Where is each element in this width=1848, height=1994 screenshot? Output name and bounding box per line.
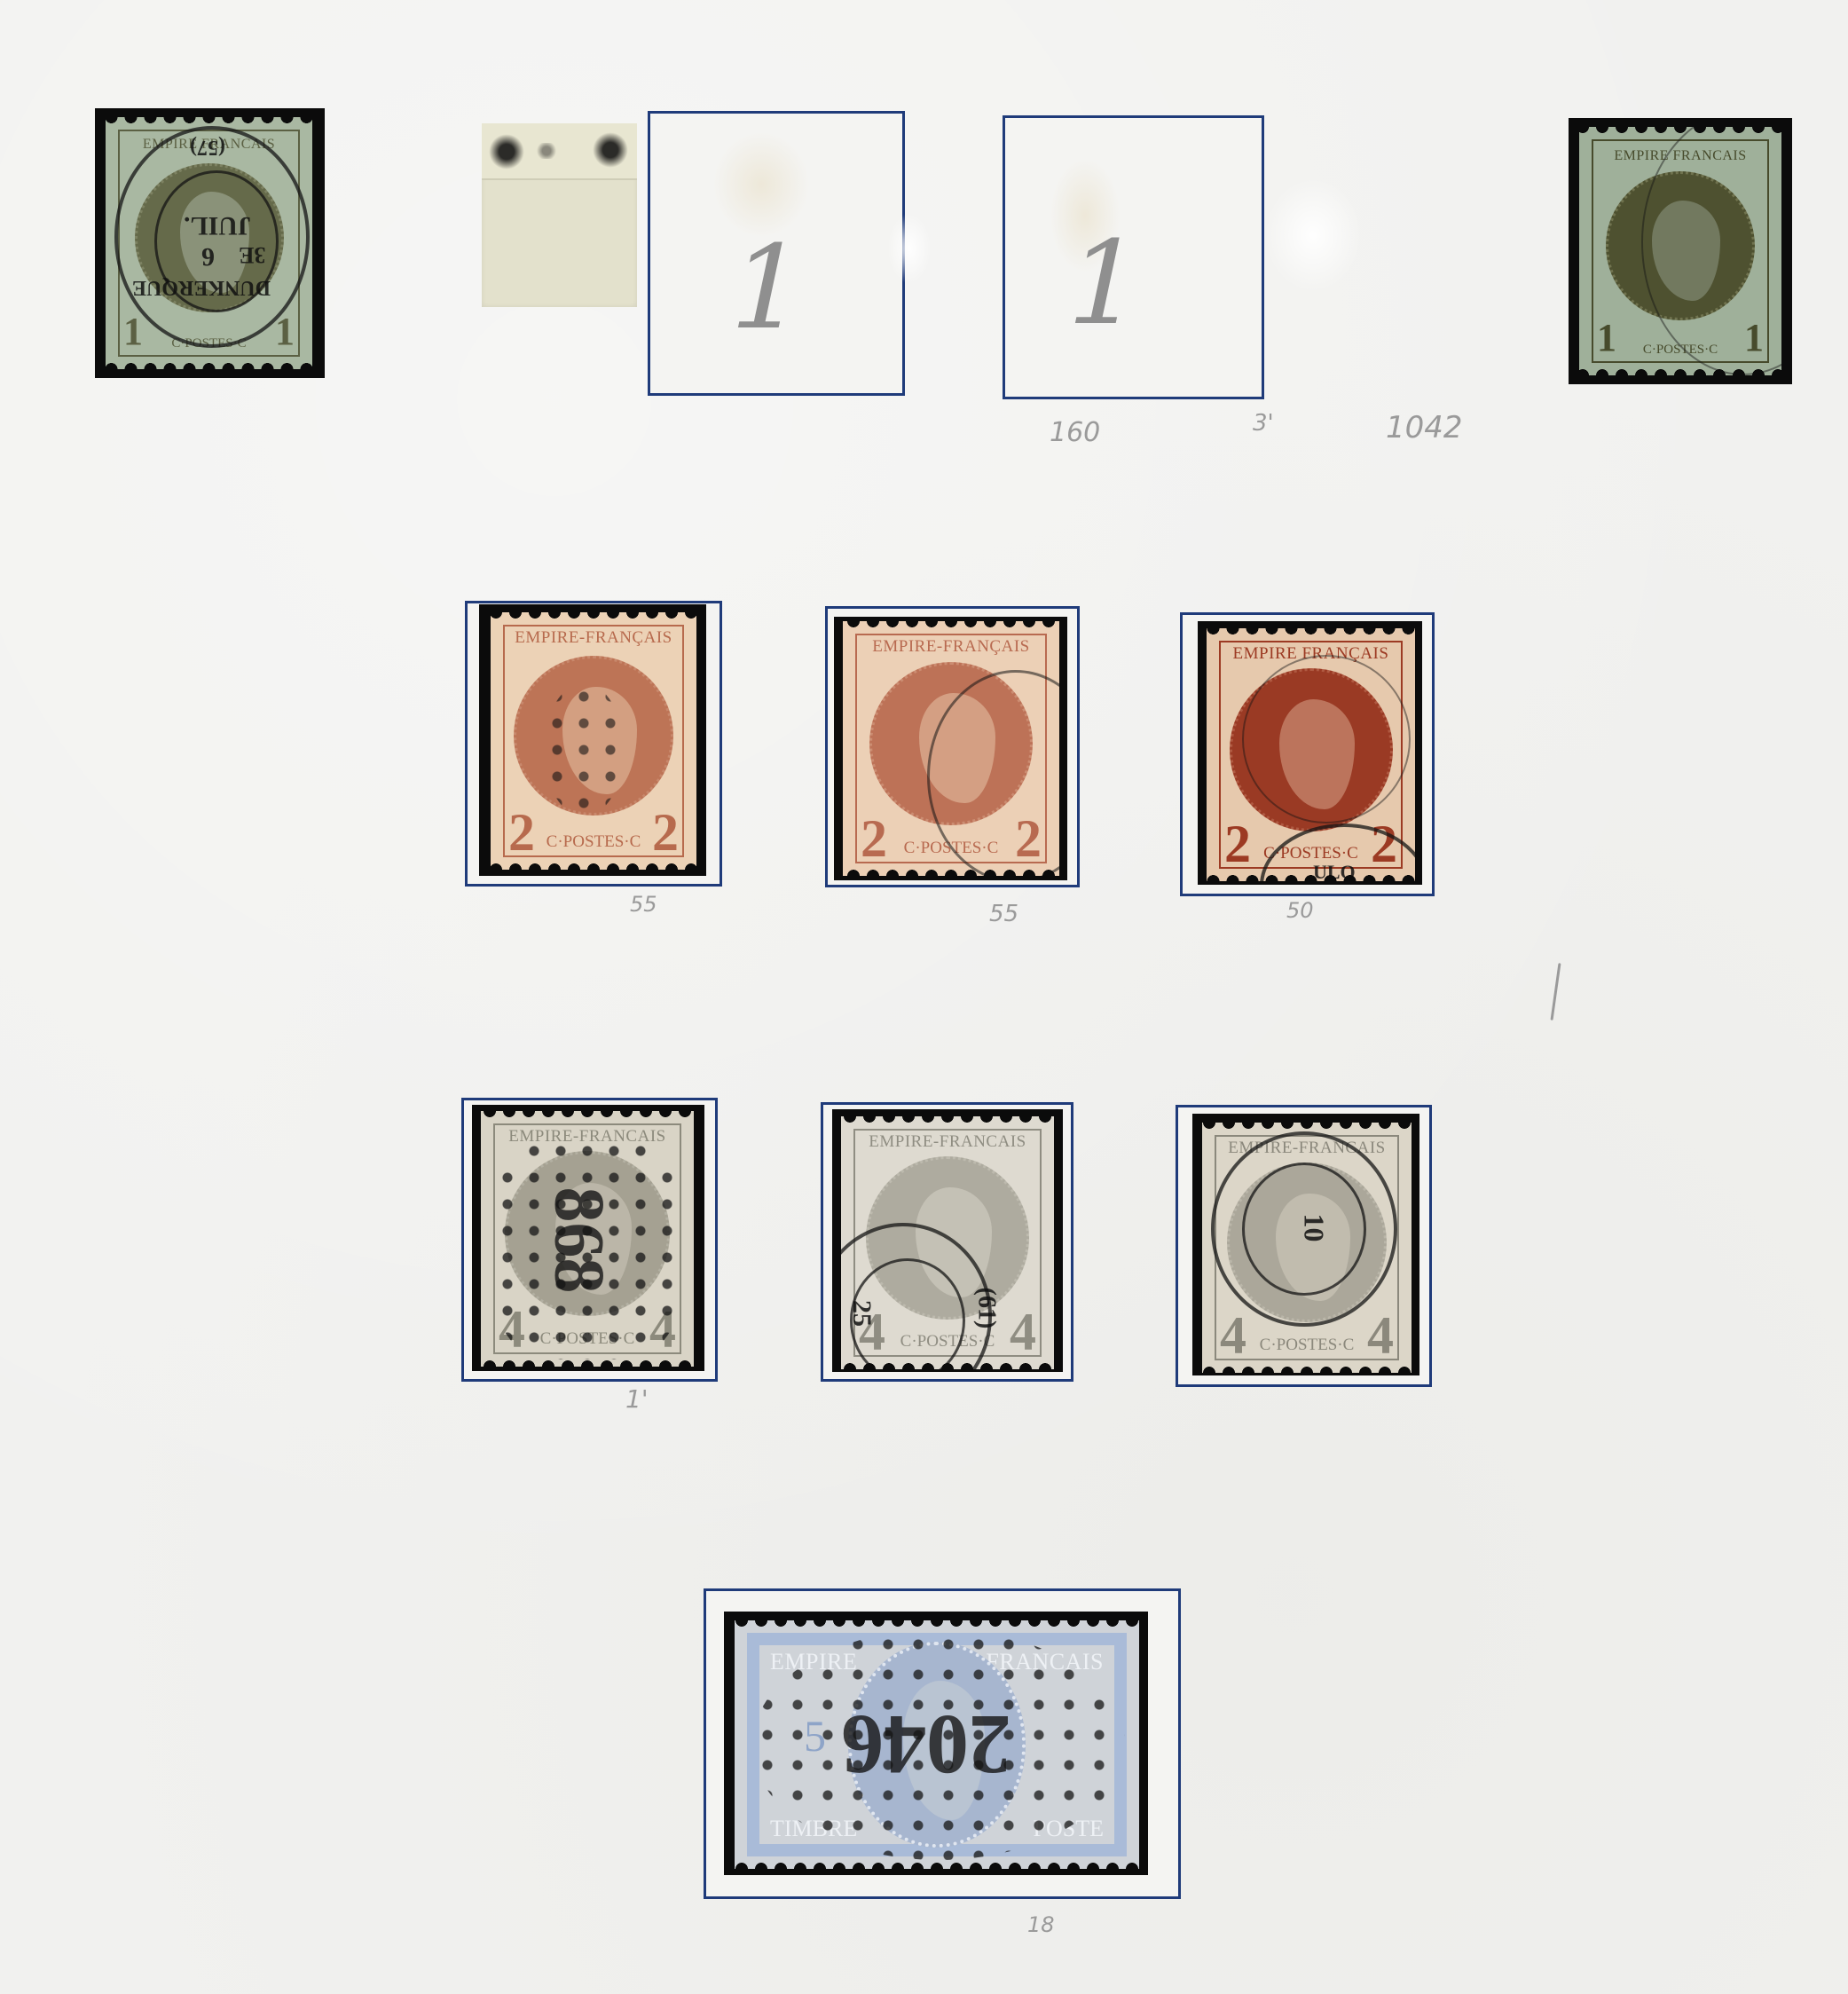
ink-blot xyxy=(489,134,524,169)
stamp-1c-bronze[interactable]: EMPIRE FRANCAIS 1 1 C·POSTES·C xyxy=(1579,127,1781,375)
pencil-note: 1' xyxy=(625,1384,649,1414)
empty-stamp-space[interactable]: 1 xyxy=(1003,115,1264,399)
pencil-note: 18 xyxy=(1027,1912,1055,1937)
pencil-note: 55 xyxy=(989,901,1018,927)
postmark-town: DUNKERQUE xyxy=(132,275,271,299)
stamp-2c-redbrown[interactable]: EMPIRE-FRANÇAIS 2 2 C·POSTES·C xyxy=(843,621,1059,876)
stamp-bottom-text: C·POSTES·C xyxy=(491,832,696,852)
stamp-2c-redbrown[interactable]: EMPIRE-FRANÇAIS 2 2 C·POSTES·C xyxy=(491,612,696,870)
hinge-remnant xyxy=(1264,177,1362,293)
stamp-top-text: EMPIRE-FRANÇAIS xyxy=(491,628,696,648)
sheet-selvage-fragment[interactable] xyxy=(482,123,637,307)
pencil-note: 55 xyxy=(630,892,657,917)
postmark-day: 10 xyxy=(1298,1214,1331,1242)
postmark-ring xyxy=(1242,655,1411,824)
lozenge-cancel xyxy=(544,683,624,816)
pencil-note: 3' xyxy=(1253,410,1274,437)
stamp-4c-grey[interactable]: EMPIRE-FRANCAIS 4 4 C·POSTES·C 25 (61) xyxy=(841,1116,1054,1369)
postmark-day: 6 xyxy=(201,241,215,272)
stamp-4c-grey[interactable]: EMPIRE-FRANCAIS 4 4 C·POSTES·C 10 xyxy=(1202,1123,1412,1373)
hinge-remnant xyxy=(887,213,932,284)
pencil-note: 50 xyxy=(1286,898,1314,923)
stamp-top-text: EMPIRE-FRANCAIS xyxy=(841,1132,1054,1152)
postmark-town-partial: ULO xyxy=(1313,861,1356,881)
stamp-5f-greyblue[interactable]: EMPIRE FRANCAIS 5 TIMBRE POSTE 2046 xyxy=(735,1620,1139,1869)
postmark-hour: 3E xyxy=(239,241,265,268)
stamp-1c-dunkerque[interactable]: EMPIRE FRANCAIS 1 1 C·POSTES·C DUNKERQUE… xyxy=(106,117,312,369)
ink-blot xyxy=(535,143,558,159)
gc-numeral: 2046 xyxy=(841,1696,1011,1794)
pencil-count-mark: 1 xyxy=(716,220,818,355)
postmark-dept: (61) xyxy=(971,1288,1000,1329)
empty-stamp-space[interactable]: 1 xyxy=(648,111,905,396)
pencil-note: 1042 xyxy=(1386,410,1463,445)
postmark-day: 25 xyxy=(846,1300,877,1327)
postmark-dept: (57) xyxy=(190,135,225,159)
stamp-4c-grey[interactable]: EMPIRE-FRANCAIS 4 4 C·POSTES·C 868 xyxy=(481,1111,694,1367)
stamp-bottom-text: C·POSTES·C xyxy=(1202,1336,1412,1355)
pencil-note: 160 xyxy=(1050,417,1100,448)
gc-numeral: 868 xyxy=(539,1187,619,1294)
stamp-2c-darkredbrown[interactable]: EMPIRE FRANÇAIS 2 2 C·POSTES·C ULO xyxy=(1207,628,1415,881)
ink-blot xyxy=(593,132,628,168)
stamp-top-text: EMPIRE-FRANÇAIS xyxy=(843,637,1059,657)
postmark-month: JUIL. xyxy=(184,210,251,240)
